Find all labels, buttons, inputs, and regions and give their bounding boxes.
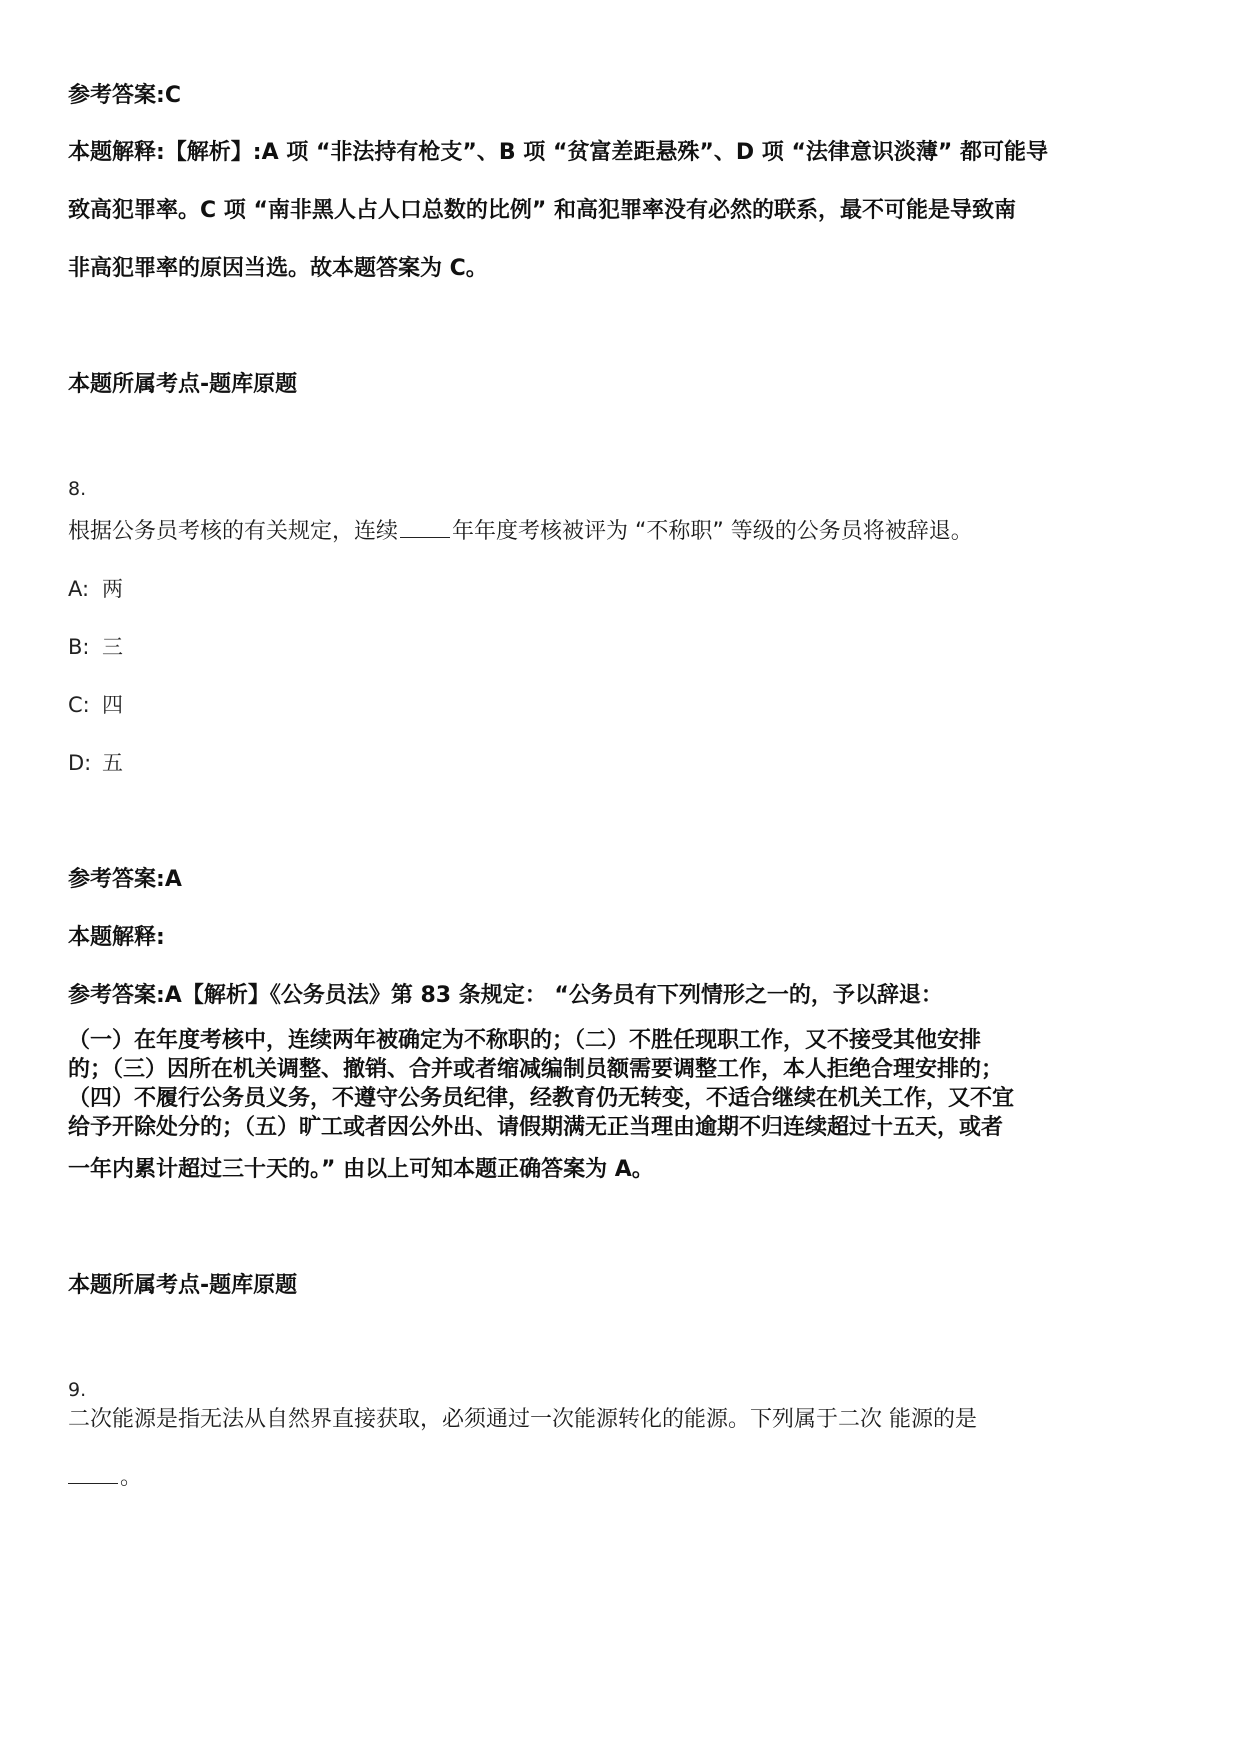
explanation-line: 一年内累计超过三十天的。” 由以上可知本题正确答案为 A。: [68, 1156, 654, 1184]
option-letter: C:: [68, 691, 102, 719]
answer-value: A: [165, 867, 182, 892]
explanation-label: 本题解释:: [68, 924, 165, 952]
question-number: 8.: [68, 475, 86, 503]
option-letter: B:: [68, 633, 102, 661]
question-number: 9.: [68, 1376, 86, 1404]
option-d: D:五: [68, 749, 123, 777]
question-stem: 根据公务员考核的有关规定，连续年年度考核被评为 “不称职” 等级的公务员将被辞退…: [68, 517, 973, 546]
explanation-line: （四）不履行公务员义务，不遵守公务员纪律，经教育仍无转变，不适合继续在机关工作，…: [68, 1085, 1014, 1113]
explanation-line: 本题解释:【解析】:A 项 “非法持有枪支”、B 项 “贫富差距悬殊”、D 项 …: [68, 139, 1048, 167]
explanation-line: 参考答案:A【解析】《公务员法》第 83 条规定： “公务员有下列情形之一的，予…: [68, 982, 943, 1010]
topic-label: 本题所属考点-题库原题: [68, 371, 297, 399]
fill-blank: [68, 1463, 118, 1484]
question-stem: 二次能源是指无法从自然界直接获取，必须通过一次能源转化的能源。下列属于二次 能源…: [68, 1406, 977, 1434]
explanation-line: 非高犯罪率的原因当选。故本题答案为 C。: [68, 255, 488, 283]
explanation-line: （一）在年度考核中，连续两年被确定为不称职的；（二）不胜任现职工作，又不接受其他…: [68, 1027, 981, 1055]
option-text: 两: [102, 577, 123, 601]
stem-after-blank: 年年度考核被评为 “不称职” 等级的公务员将被辞退。: [452, 519, 973, 544]
stem-end-punct: 。: [120, 1465, 142, 1490]
option-a: A:两: [68, 575, 123, 603]
option-letter: A:: [68, 575, 102, 603]
fill-blank: [400, 517, 450, 538]
explanation-line: 的；（三）因所在机关调整、撤销、合并或者缩减编制员额需要调整工作，本人拒绝合理安…: [68, 1056, 1003, 1084]
option-text: 五: [102, 751, 123, 775]
stem-before-blank: 根据公务员考核的有关规定，连续: [68, 519, 398, 544]
option-letter: D:: [68, 749, 102, 777]
question-stem-continued: 。: [68, 1463, 142, 1492]
explanation-line: 给予开除处分的；（五）旷工或者因公外出、请假期满无正当理由逾期不归连续超过十五天…: [68, 1114, 1003, 1142]
answer-line-q7: 参考答案:C: [68, 82, 181, 110]
topic-label: 本题所属考点-题库原题: [68, 1272, 297, 1300]
answer-label: 参考答案:: [68, 83, 165, 108]
option-text: 三: [102, 635, 123, 659]
answer-label: 参考答案:: [68, 867, 165, 892]
option-c: C:四: [68, 691, 123, 719]
answer-line-q8: 参考答案:A: [68, 866, 182, 894]
option-text: 四: [102, 693, 123, 717]
option-b: B:三: [68, 633, 123, 661]
answer-value: C: [165, 83, 181, 108]
explanation-line: 致高犯罪率。C 项 “南非黑人占人口总数的比例” 和高犯罪率没有必然的联系，最不…: [68, 197, 1016, 225]
